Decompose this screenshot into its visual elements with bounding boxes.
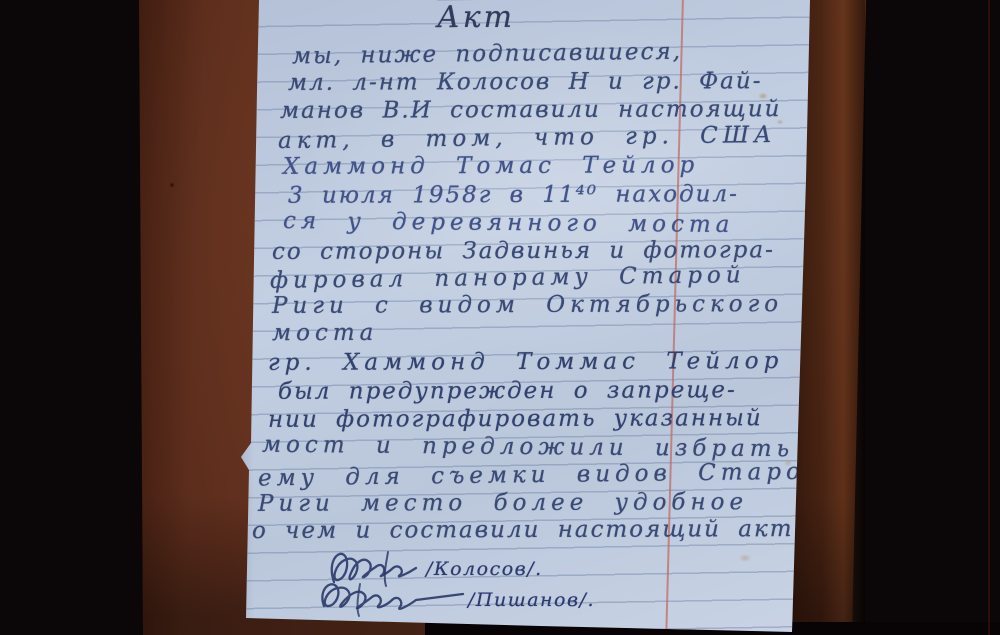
handwriting-line: мл. л-нт Колосов Н и гр. Фай- <box>288 67 763 97</box>
right-edge-line <box>988 0 990 635</box>
handwriting-line: манов В.И составили настоящий <box>280 95 782 125</box>
handwriting-line: нии фотографировать указанный <box>268 404 763 434</box>
handwriting-line: гр. Хаммонд Томмас Тейлор <box>268 347 783 377</box>
handwriting-line: акт, в том, что гр. США <box>278 121 777 155</box>
handwriting-line: был предупрежден о запреще- <box>278 376 737 406</box>
handwriting-line: Риги место более удобное <box>258 488 748 518</box>
photo-of-document: Акт мы, ниже подписавшиеся, мл. л-нт Кол… <box>0 0 1000 635</box>
handwritten-document-paper: Акт мы, ниже подписавшиеся, мл. л-нт Кол… <box>240 0 812 635</box>
handwriting-line: моста <box>272 319 378 347</box>
handwriting-line: о чем и составили настоящий акт <box>252 515 794 545</box>
document-title: Акт <box>437 4 515 32</box>
handwriting-line: Хаммонд Томас Тейлор <box>283 151 699 180</box>
signature-scribble <box>316 578 468 620</box>
handwriting-line: 3 июля 1958г в 11⁴⁰ находил- <box>288 180 739 210</box>
signature-name: /Пишанов/. <box>468 589 595 611</box>
signature-name: /Колосов/. <box>426 558 543 580</box>
handwriting-line: Риги с видом Октябрьского <box>272 290 783 320</box>
handwriting-line: мы, ниже подписавшиеся, <box>292 38 682 71</box>
handwriting-line: ся у деревянного моста <box>283 207 735 239</box>
